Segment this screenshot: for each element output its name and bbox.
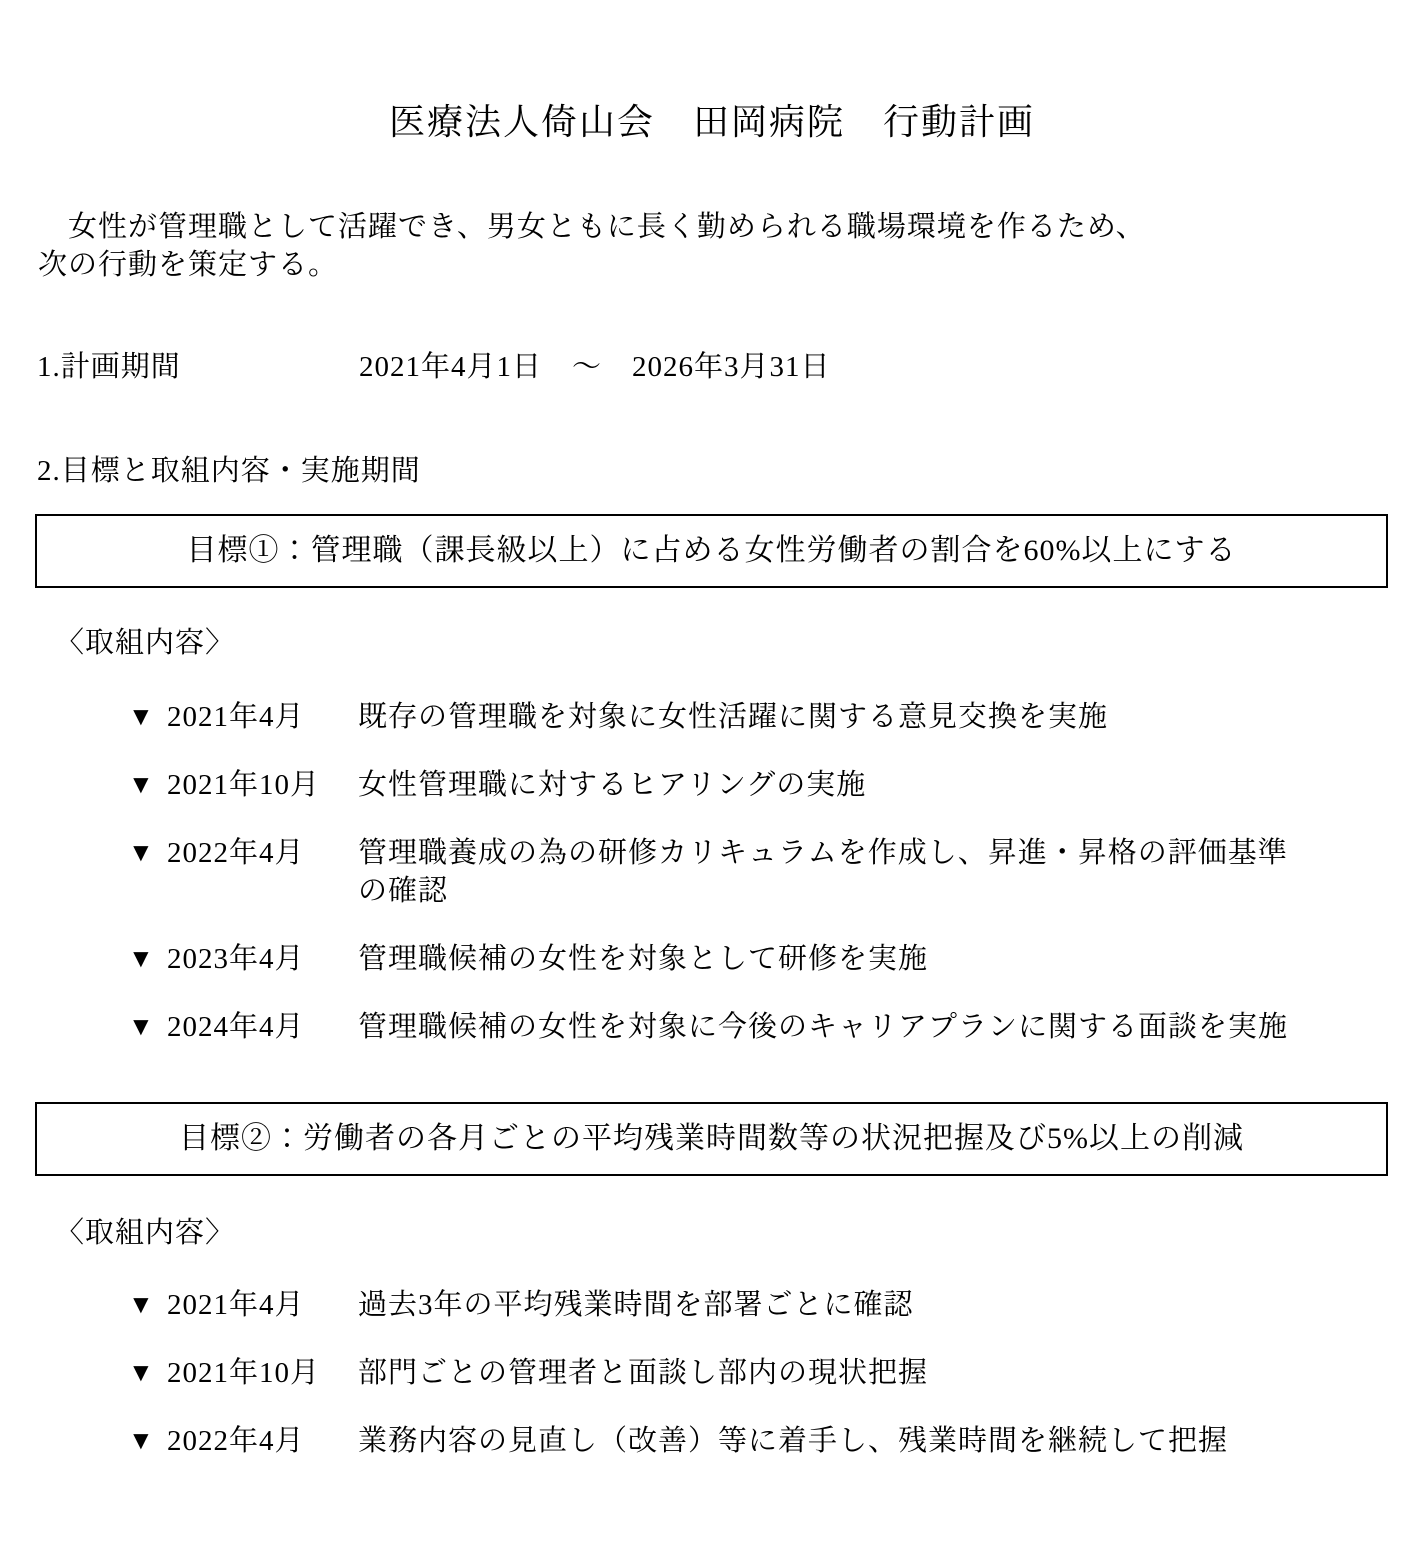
item-date: 2021年10月 [167,1354,358,1392]
item-date: 2021年10月 [167,766,358,804]
triangle-marker-icon: ▼ [128,1008,167,1046]
schedule-item: ▼ 2021年10月 女性管理職に対するヒアリングの実施 [0,766,1424,804]
document-page: 医療法人倚山会 田岡病院 行動計画 女性が管理職として活躍でき、男女ともに長く勤… [0,0,1424,1557]
triangle-marker-icon: ▼ [128,1286,167,1324]
plan-period-value: 2021年4月1日 ～ 2026年3月31日 [359,348,1388,386]
goals-section-label: 2.目標と取組内容・実施期間 [37,452,421,490]
goal-2-items: ▼ 2021年4月 過去3年の平均残業時間を部署ごとに確認 ▼ 2021年10月… [0,1286,1424,1460]
goal-1-box: 目標①：管理職（課長級以上）に占める女性労働者の割合を60%以上にする [35,514,1388,588]
item-desc: 女性管理職に対するヒアリングの実施 [358,766,1384,804]
goal-1-items: ▼ 2021年4月 既存の管理職を対象に女性活躍に関する意見交換を実施 ▼ 20… [0,698,1424,1046]
item-desc: 管理職候補の女性を対象として研修を実施 [358,940,1384,978]
item-date: 2024年4月 [167,1008,358,1046]
schedule-item: ▼ 2022年4月 業務内容の見直し（改善）等に着手し、残業時間を継続して把握 [0,1422,1424,1460]
triangle-marker-icon: ▼ [128,766,167,804]
item-date: 2022年4月 [167,834,358,872]
goals-section-heading: 2.目標と取組内容・実施期間 [37,452,1388,490]
schedule-item: ▼ 2021年10月 部門ごとの管理者と面談し部内の現状把握 [0,1354,1424,1392]
schedule-item: ▼ 2021年4月 既存の管理職を対象に女性活躍に関する意見交換を実施 [0,698,1424,736]
goal-2-box: 目標②：労働者の各月ごとの平均残業時間数等の状況把握及び5%以上の削減 [35,1102,1388,1176]
goal-1-heading: 目標①：管理職（課長級以上）に占める女性労働者の割合を60%以上にする [187,533,1237,569]
schedule-item: ▼ 2024年4月 管理職候補の女性を対象に今後のキャリアプランに関する面談を実… [0,1008,1424,1046]
item-date: 2021年4月 [167,1286,358,1324]
triangle-marker-icon: ▼ [128,698,167,736]
doc-title: 医療法人倚山会 田岡病院 行動計画 [0,100,1424,144]
triangle-marker-icon: ▼ [128,834,167,872]
item-desc: 管理職候補の女性を対象に今後のキャリアプランに関する面談を実施 [358,1008,1384,1046]
goal-1-torikumi-label: 〈取組内容〉 [55,624,1424,662]
triangle-marker-icon: ▼ [128,1422,167,1460]
item-desc: 業務内容の見直し（改善）等に着手し、残業時間を継続して把握 [358,1422,1384,1460]
item-desc: 既存の管理職を対象に女性活躍に関する意見交換を実施 [358,698,1384,736]
triangle-marker-icon: ▼ [128,940,167,978]
schedule-item: ▼ 2022年4月 管理職養成の為の研修カリキュラムを作成し、昇進・昇格の評価基… [0,834,1424,910]
plan-period-row: 1.計画期間 2021年4月1日 ～ 2026年3月31日 [37,348,1388,386]
goal-2-torikumi-label: 〈取組内容〉 [55,1214,1424,1252]
schedule-item: ▼ 2021年4月 過去3年の平均残業時間を部署ごとに確認 [0,1286,1424,1324]
item-date: 2021年4月 [167,698,358,736]
triangle-marker-icon: ▼ [128,1354,167,1392]
plan-period-label: 1.計画期間 [37,348,359,386]
goal-2-heading: 目標②：労働者の各月ごとの平均残業時間数等の状況把握及び5%以上の削減 [179,1121,1244,1157]
item-date: 2023年4月 [167,940,358,978]
item-desc: 過去3年の平均残業時間を部署ごとに確認 [358,1286,1384,1324]
item-date: 2022年4月 [167,1422,358,1460]
intro-paragraph: 女性が管理職として活躍でき、男女ともに長く勤められる職場環境を作るため、 次の行… [38,208,1388,284]
schedule-item: ▼ 2023年4月 管理職候補の女性を対象として研修を実施 [0,940,1424,978]
item-desc: 管理職養成の為の研修カリキュラムを作成し、昇進・昇格の評価基準 の確認 [358,834,1384,910]
item-desc: 部門ごとの管理者と面談し部内の現状把握 [358,1354,1384,1392]
